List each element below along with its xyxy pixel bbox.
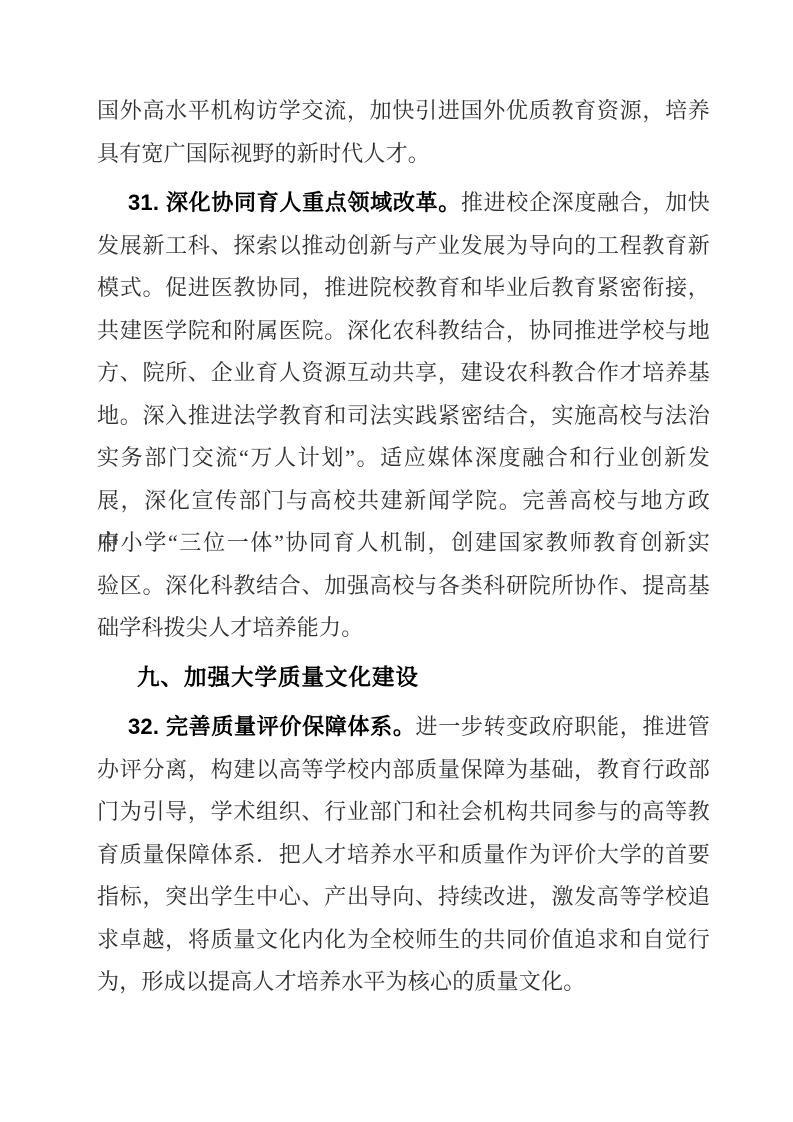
body-text: 为，形成以提高人才培养水平为核心的质量文化。 <box>97 969 585 994</box>
body-text: 共建医学院和附属医院。深化农科教结合，协同推进学校与地 <box>97 318 710 343</box>
text-line: 办评分离，构建以高等学校内部质量保障为基础，教育行政部 <box>97 749 710 792</box>
body-text: 门为引导，学术组织、行业部门和社会机构共同参与的高等教 <box>97 799 710 824</box>
text-line: 础学科拨尖人才培养能力。 <box>97 607 710 650</box>
text-line: 国外高水平机构访学交流，加快引进国外优质教育资源，培养 <box>97 90 710 133</box>
text-line: 求卓越，将质量文化内化为全校师生的共同价值追求和自觉行 <box>97 919 710 962</box>
text-line: 为，形成以提高人才培养水平为核心的质量文化。 <box>97 961 710 1004</box>
text-line: 方、院所、企业育人资源互动共享，建设农科教合作才培养基 <box>97 352 710 395</box>
text-line: 展，深化宣传部门与高校共建新闻学院。完善高校与地方政府、 <box>97 480 710 523</box>
bold-lead-text: 32. 完善质量评价保障体系。 <box>128 714 416 739</box>
section-heading: 九、加强大学质量文化建设 <box>97 657 710 700</box>
body-text: 中小学“三位一体”协同育人机制，创建国家教师教育创新实 <box>97 530 710 555</box>
text-line: 32. 完善质量评价保障体系。进一步转变政府职能，推进管 <box>97 706 710 749</box>
bold-lead-text: 九、加强大学质量文化建设 <box>137 665 419 690</box>
text-line: 指标，突出学生中心、产出导向、持续改进，激发高等学校追 <box>97 876 710 919</box>
body-text: 推进校企深度融合，加快 <box>461 190 710 215</box>
body-text: 具有宽广国际视野的新时代人才。 <box>97 141 430 166</box>
body-text: 发展新工科、探索以推动创新与产业发展为导向的工程教育新 <box>97 233 710 258</box>
text-line: 31. 深化协同育人重点领域改革。推进校企深度融合，加快 <box>97 182 710 225</box>
body-text: 模式。促进医教协同，推进院校教育和毕业后教育紧密衔接， <box>97 275 710 300</box>
body-text: 国外高水平机构访学交流，加快引进国外优质教育资源，培养 <box>97 98 710 123</box>
body-text: 指标，突出学生中心、产出导向、持续改进，激发高等学校追 <box>97 884 710 909</box>
document-page: 国外高水平机构访学交流，加快引进国外优质教育资源，培养具有宽广国际视野的新时代人… <box>0 0 793 1122</box>
body-text: 方、院所、企业育人资源互动共享，建设农科教合作才培养基 <box>97 360 710 385</box>
body-text: 验区。深化科教结合、加强高校与各类科研院所协作、提高基 <box>97 573 710 598</box>
body-text: 地。深入推进法学教育和司法实践紧密结合，实施高校与法治 <box>97 403 710 428</box>
text-line: 育质量保障体系．把人才培养水平和质量作为评价大学的首要 <box>97 834 710 877</box>
text-line: 具有宽广国际视野的新时代人才。 <box>97 133 710 176</box>
body-text: 育质量保障体系．把人才培养水平和质量作为评价大学的首要 <box>97 842 710 867</box>
text-line: 地。深入推进法学教育和司法实践紧密结合，实施高校与法治 <box>97 395 710 438</box>
body-text: 求卓越，将质量文化内化为全校师生的共同价值追求和自觉行 <box>97 927 710 952</box>
body-text: 进一步转变政府职能，推进管 <box>416 714 710 739</box>
text-line: 中小学“三位一体”协同育人机制，创建国家教师教育创新实 <box>97 522 710 565</box>
bold-lead-text: 31. 深化协同育人重点领域改革。 <box>128 190 461 215</box>
body-text: 础学科拨尖人才培养能力。 <box>97 615 363 640</box>
text-content: 国外高水平机构访学交流，加快引进国外优质教育资源，培养具有宽广国际视野的新时代人… <box>97 90 710 1004</box>
text-line: 门为引导，学术组织、行业部门和社会机构共同参与的高等教 <box>97 791 710 834</box>
body-text: 实务部门交流“万人计划”。适应媒体深度融合和行业创新发 <box>97 445 710 470</box>
body-text: 办评分离，构建以高等学校内部质量保障为基础，教育行政部 <box>97 757 710 782</box>
text-line: 模式。促进医教协同，推进院校教育和毕业后教育紧密衔接， <box>97 267 710 310</box>
text-line: 实务部门交流“万人计划”。适应媒体深度融合和行业创新发 <box>97 437 710 480</box>
text-line: 验区。深化科教结合、加强高校与各类科研院所协作、提高基 <box>97 565 710 608</box>
text-line: 发展新工科、探索以推动创新与产业发展为导向的工程教育新 <box>97 225 710 268</box>
text-line: 共建医学院和附属医院。深化农科教结合，协同推进学校与地 <box>97 310 710 353</box>
